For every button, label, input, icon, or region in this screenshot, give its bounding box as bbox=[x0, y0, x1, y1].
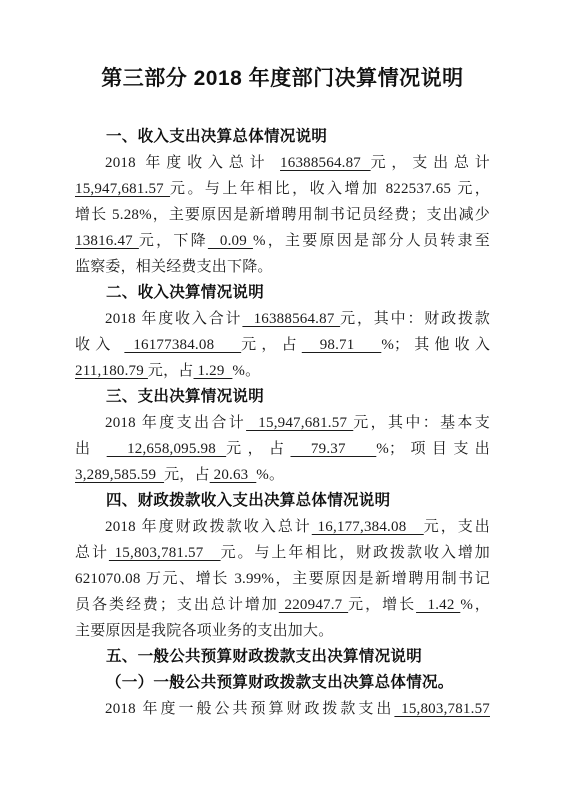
document-body: 一、收入支出决算总体情况说明2018 年度收入总计 16388564.87 元，… bbox=[75, 124, 490, 722]
underlined-value: 16,177,384.08 bbox=[312, 519, 424, 535]
text-run: 元，支出总计 bbox=[371, 155, 490, 171]
underlined-value: 79.37 bbox=[291, 441, 377, 457]
text-line: 3,289,585.59 元，占 20.63 %。 bbox=[75, 462, 490, 488]
text-run: 元，增长 bbox=[348, 597, 416, 613]
text-run: 元，其中：财政拨款 bbox=[340, 311, 490, 327]
text-line: 2018 年度收入合计 16388564.87 元，其中：财政拨款 bbox=[75, 306, 490, 332]
text-run: %；项目支出 bbox=[376, 441, 490, 457]
text-line: 员各类经费；支出总计增加 220947.7 元，增长 1.42 %， bbox=[75, 592, 490, 618]
text-run: 出 bbox=[75, 441, 107, 457]
text-line: 2018 年度一般公共预算财政拨款支出 15,803,781.57 bbox=[75, 696, 490, 722]
underlined-value: 16388564.87 bbox=[280, 155, 371, 171]
text-run: %；其他收入 bbox=[381, 337, 490, 353]
text-run: 元，占 bbox=[241, 337, 302, 353]
text-run: %，主要原因是部分人员转隶至 bbox=[253, 233, 490, 249]
text-run: 元，支出 bbox=[424, 519, 490, 535]
sub-heading: （一）一般公共预算财政拨款支出决算总体情况。 bbox=[75, 670, 490, 696]
text-run: 2018 年度财政拨款收入总计 bbox=[105, 519, 312, 535]
text-run: 621070.08 万元、增长 3.99%，主要原因是新增聘用制书记 bbox=[75, 571, 490, 587]
text-run: 元，其中：基本支 bbox=[353, 415, 490, 431]
text-run: 增长 5.28%，主要原因是新增聘用制书记员经费；支出减少 bbox=[75, 207, 490, 223]
text-line: 2018 年度财政拨款收入总计 16,177,384.08 元，支出 bbox=[75, 514, 490, 540]
section-heading: 一、收入支出决算总体情况说明 bbox=[75, 124, 490, 150]
text-run: 主要原因是我院各项业务的支出加大。 bbox=[75, 623, 333, 639]
text-line: 监察委，相关经费支出下降。 bbox=[75, 254, 490, 280]
underlined-value: 15,947,681.57 bbox=[246, 415, 353, 431]
text-line: 211,180.79 元，占 1.29 %。 bbox=[75, 358, 490, 384]
text-run: 监察委，相关经费支出下降。 bbox=[75, 259, 273, 275]
text-run: 2018 年度支出合计 bbox=[105, 415, 246, 431]
text-line: 621070.08 万元、增长 3.99%，主要原因是新增聘用制书记 bbox=[75, 566, 490, 592]
underlined-value: 16388564.87 bbox=[242, 311, 340, 327]
underlined-value: 15,947,681.57 bbox=[75, 181, 170, 197]
text-run: 2018 年度收入合计 bbox=[105, 311, 242, 327]
text-run: 元。与上年相比，财政拨款收入增加 bbox=[221, 545, 490, 561]
text-run: 员各类经费；支出总计增加 bbox=[75, 597, 279, 613]
section-heading: 五、一般公共预算财政拨款支出决算情况说明 bbox=[75, 644, 490, 670]
document-page: 第三部分 2018 年度部门决算情况说明 一、收入支出决算总体情况说明2018 … bbox=[0, 0, 565, 800]
text-line: 2018 年度支出合计 15,947,681.57 元，其中：基本支 bbox=[75, 410, 490, 436]
underlined-value: 15,803,781.57 bbox=[109, 545, 221, 561]
text-run: 2018 年度一般公共预算财政拨款支出 bbox=[105, 701, 394, 717]
underlined-value: 0.09 bbox=[208, 233, 253, 249]
underlined-value: 3,289,585.59 bbox=[75, 467, 164, 483]
text-run: %。 bbox=[256, 467, 284, 483]
section-heading: 三、支出决算情况说明 bbox=[75, 384, 490, 410]
text-run: 元，占 bbox=[164, 467, 210, 483]
text-run: 元，占 bbox=[148, 363, 194, 379]
underlined-value: 220947.7 bbox=[279, 597, 348, 613]
underlined-value: 16177384.08 bbox=[124, 337, 241, 353]
underlined-value: 20.63 bbox=[210, 467, 257, 483]
text-line: 总计 15,803,781.57 元。与上年相比，财政拨款收入增加 bbox=[75, 540, 490, 566]
text-line: 收入 16177384.08 元，占 98.71 %；其他收入 bbox=[75, 332, 490, 358]
text-line: 主要原因是我院各项业务的支出加大。 bbox=[75, 618, 490, 644]
text-line: 增长 5.28%，主要原因是新增聘用制书记员经费；支出减少 bbox=[75, 202, 490, 228]
underlined-value: 13816.47 bbox=[75, 233, 139, 249]
text-run: 元，占 bbox=[226, 441, 290, 457]
text-run: 收入 bbox=[75, 337, 124, 353]
text-line: 13816.47 元，下降 0.09 %，主要原因是部分人员转隶至 bbox=[75, 228, 490, 254]
text-run: %， bbox=[460, 597, 490, 613]
text-run: 2018 年度收入总计 bbox=[105, 155, 280, 171]
text-line: 2018 年度收入总计 16388564.87 元，支出总计 bbox=[75, 150, 490, 176]
underlined-value: 98.71 bbox=[302, 337, 382, 353]
text-line: 出 12,658,095.98 元，占 79.37 %；项目支出 bbox=[75, 436, 490, 462]
underlined-value: 1.42 bbox=[416, 597, 460, 613]
text-run: %。 bbox=[232, 363, 260, 379]
underlined-value: 15,803,781.57 bbox=[394, 701, 490, 717]
document-title: 第三部分 2018 年度部门决算情况说明 bbox=[75, 63, 490, 95]
text-line: 15,947,681.57 元。与上年相比，收入增加 822537.65 元， bbox=[75, 176, 490, 202]
text-run: 元。与上年相比，收入增加 822537.65 元， bbox=[170, 181, 490, 197]
underlined-value: 1.29 bbox=[194, 363, 233, 379]
underlined-value: 211,180.79 bbox=[75, 363, 148, 379]
underlined-value: 12,658,095.98 bbox=[107, 441, 226, 457]
text-run: 元，下降 bbox=[139, 233, 208, 249]
section-heading: 四、财政拨款收入支出决算总体情况说明 bbox=[75, 488, 490, 514]
text-run: 总计 bbox=[75, 545, 109, 561]
section-heading: 二、收入决算情况说明 bbox=[75, 280, 490, 306]
